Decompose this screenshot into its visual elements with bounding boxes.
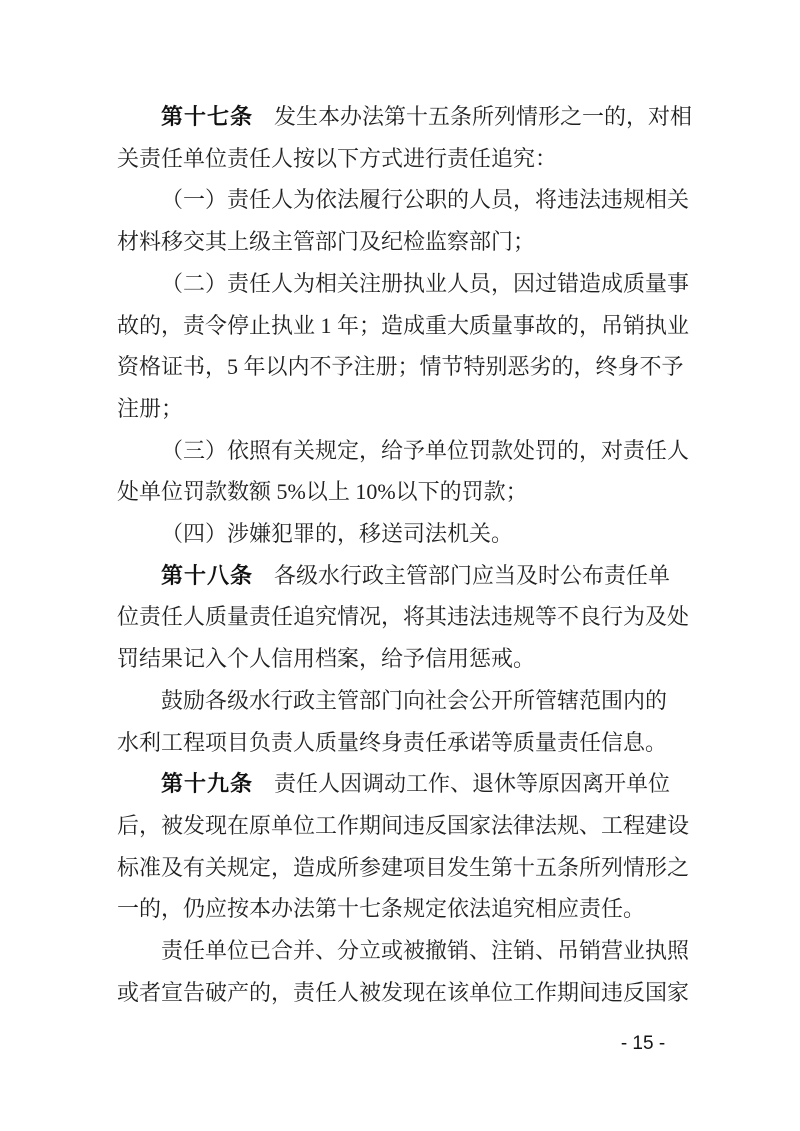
line-text: 罚结果记入个人信用档案，给予信用惩戒。	[117, 646, 535, 671]
article-number: 第十七条	[161, 104, 253, 129]
line-text: 后，被发现在原单位工作期间违反国家法律法规、工程建设	[117, 813, 689, 838]
line-text: 鼓励各级水行政主管部门向社会公开所管辖范围内的	[161, 688, 667, 713]
line-text: （二）责任人为相关注册执业人员，因过错造成质量事	[161, 271, 689, 296]
doc-line: 一的，仍应按本办法第十七条规定依法追究相应责任。	[117, 888, 697, 930]
doc-line: 后，被发现在原单位工作期间违反国家法律法规、工程建设	[117, 805, 697, 847]
doc-line: 第十九条责任人因调动工作、退休等原因离开单位	[117, 763, 697, 805]
doc-line: 资格证书，5 年以内不予注册；情节特别恶劣的，终身不予	[117, 346, 697, 388]
line-text: 注册；	[117, 396, 183, 421]
doc-line: 水利工程项目负责人质量终身责任承诺等质量责任信息。	[117, 722, 697, 764]
doc-line: 位责任人质量责任追究情况，将其违法违规等不良行为及处	[117, 596, 697, 638]
line-text: 或者宣告破产的，责任人被发现在该单位工作期间违反国家	[117, 980, 689, 1005]
line-text: 水利工程项目负责人质量终身责任承诺等质量责任信息。	[117, 730, 667, 755]
doc-line: 关责任单位责任人按以下方式进行责任追究：	[117, 138, 697, 180]
line-text: 一的，仍应按本办法第十七条规定依法追究相应责任。	[117, 896, 645, 921]
doc-line: 鼓励各级水行政主管部门向社会公开所管辖范围内的	[117, 680, 697, 722]
line-text: 故的，责令停止执业 1 年；造成重大质量事故的，吊销执业	[117, 313, 689, 338]
line-text: 材料移交其上级主管部门及纪检监察部门；	[117, 229, 535, 254]
doc-line: （一）责任人为依法履行公职的人员，将违法违规相关	[117, 179, 697, 221]
doc-line: 处单位罚款数额 5%以上 10%以下的罚款；	[117, 471, 697, 513]
doc-line: 注册；	[117, 388, 697, 430]
doc-line: 责任单位已合并、分立或被撤销、注销、吊销营业执照	[117, 930, 697, 972]
line-text: 处单位罚款数额 5%以上 10%以下的罚款；	[117, 479, 528, 504]
line-text: （一）责任人为依法履行公职的人员，将违法违规相关	[161, 187, 689, 212]
doc-line: 材料移交其上级主管部门及纪检监察部门；	[117, 221, 697, 263]
page-number: - 15 -	[620, 1033, 666, 1055]
doc-line: 第十八条各级水行政主管部门应当及时公布责任单	[117, 555, 697, 597]
line-text: 发生本办法第十五条所列情形之一的，对相	[274, 104, 692, 129]
line-text: 责任人因调动工作、退休等原因离开单位	[274, 771, 670, 796]
line-text: （三）依照有关规定，给予单位罚款处罚的，对责任人	[161, 438, 689, 463]
doc-line: 或者宣告破产的，责任人被发现在该单位工作期间违反国家	[117, 972, 697, 1014]
article-number: 第十九条	[161, 771, 253, 796]
line-text: 责任单位已合并、分立或被撤销、注销、吊销营业执照	[161, 938, 689, 963]
doc-line: 罚结果记入个人信用档案，给予信用惩戒。	[117, 638, 697, 680]
line-text: 资格证书，5 年以内不予注册；情节特别恶劣的，终身不予	[117, 354, 684, 379]
article-number: 第十八条	[161, 563, 253, 588]
line-text: （四）涉嫌犯罪的，移送司法机关。	[161, 521, 513, 546]
line-text: 标准及有关规定，造成所参建项目发生第十五条所列情形之	[117, 855, 689, 880]
line-text: 关责任单位责任人按以下方式进行责任追究：	[117, 146, 557, 171]
doc-line: 第十七条发生本办法第十五条所列情形之一的，对相	[117, 96, 697, 138]
line-text: 位责任人质量责任追究情况，将其违法违规等不良行为及处	[117, 604, 689, 629]
doc-line: （三）依照有关规定，给予单位罚款处罚的，对责任人	[117, 430, 697, 472]
doc-line: （二）责任人为相关注册执业人员，因过错造成质量事	[117, 263, 697, 305]
doc-line: （四）涉嫌犯罪的，移送司法机关。	[117, 513, 697, 555]
document-page: 第十七条发生本办法第十五条所列情形之一的，对相 关责任单位责任人按以下方式进行责…	[0, 0, 800, 1131]
doc-line: 标准及有关规定，造成所参建项目发生第十五条所列情形之	[117, 847, 697, 889]
doc-line: 故的，责令停止执业 1 年；造成重大质量事故的，吊销执业	[117, 305, 697, 347]
line-text: 各级水行政主管部门应当及时公布责任单	[274, 563, 670, 588]
document-body: 第十七条发生本办法第十五条所列情形之一的，对相 关责任单位责任人按以下方式进行责…	[117, 96, 697, 1013]
